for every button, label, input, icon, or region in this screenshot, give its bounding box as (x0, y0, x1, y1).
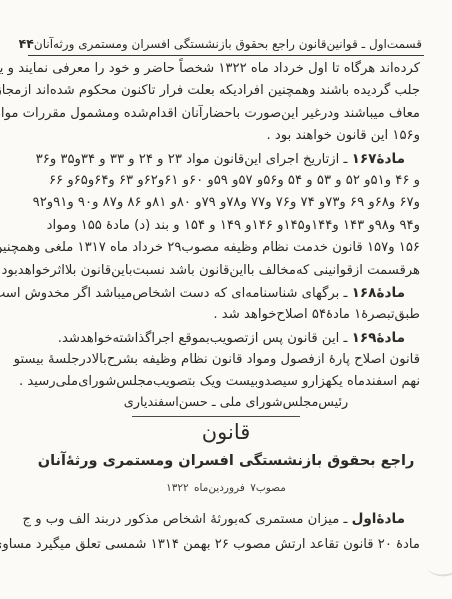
article-167-label: مادهٔ۱۶۷ (352, 151, 405, 167)
header-rule (28, 55, 424, 56)
header-running-title: قانون راجع بحقوق بازنشستگی افسران ومستمر… (34, 37, 327, 51)
body-line: طبق‌تبصرهٔ۱ مادهٔ۵۴ اصلاح‌خواهد شد . (32, 304, 420, 326)
body-line-article-168: مادهٔ۱۶۸ ـ برگهای شناسنامه‌ای که دست اشخ… (32, 282, 420, 304)
body-line: قانون اصلاح پارهٔ ازفصول ومواد قانون نظا… (32, 349, 420, 371)
law-approval-note: مصوب۷ فروردین‌ماه ۱۳۲۲ (0, 482, 452, 494)
article-1-label: مادهٔ‌اول (352, 511, 405, 527)
article-1-text: مادهٔ‌اول ـ میزان مستمری که‌بورثهٔ اشخاص… (32, 507, 420, 557)
body-line-article-169: مادهٔ۱۶۹ ـ این قانون پس ازتصویب‌بموقع اج… (32, 327, 420, 349)
signature-line: رئیس‌مجلس‌شورای ملی ـ حسن‌اسفندیاری (10, 395, 452, 410)
body-line-article-167: مادهٔ۱۶۷ ـ ازتاریخ اجرای این‌قانون مواد … (32, 148, 420, 170)
body-line: و۶۷ و۶۸و ۶۹ و۷۳و ۷۴ و۷۶ و۷۷ و۷۸و ۷۹و ۸۰و… (32, 192, 420, 214)
body-line: معاف میباشند ودرغیر این‌صورت باحضارآنان … (32, 103, 420, 125)
body-line: و۱۵۶ این قانون خواهند بود . (32, 125, 420, 147)
body-line: و ۴۶ و۵۱و ۵۲ و ۵۳ و ۵۴ و۵۶و ۵۷و ۵۹و ۶۰و … (32, 170, 420, 192)
body-line: کرده‌اند هرگاه تا اول خرداد ماه ۱۳۲۲ شخص… (32, 58, 420, 80)
body-line: هرقسمت ازقوانینی که‌مخالف بااین‌قانون با… (32, 260, 420, 282)
scan-artifact (424, 544, 452, 580)
body-line: جلب گردیده باشند وهمچنین افرادیکه بعلت ف… (32, 80, 420, 102)
scanned-law-page: قسمت‌اول ـ قوانین قانون راجع بحقوق بازنش… (0, 0, 452, 599)
body-line: و۹۴ و۹۸و ۱۴۳ و۱۴۴و۱۴۵و ۱۴۶و ۱۴۹ و ۱۵۴ و … (32, 215, 420, 237)
law-subtitle: راجع بحقوق بازنشستگی افسران ومستمری ورثه… (0, 453, 452, 469)
header-section-label: قسمت‌اول ـ قوانین (326, 37, 422, 51)
page-number: ۴۴ (19, 36, 34, 51)
article-168-label: مادهٔ۱۶۸ (352, 285, 405, 301)
law-title: قانون (0, 420, 452, 444)
section-divider-rule (132, 416, 300, 417)
running-header: قسمت‌اول ـ قوانین قانون راجع بحقوق بازنش… (30, 36, 422, 51)
article-169-label: مادهٔ۱۶۹ (352, 330, 405, 346)
body-line: ۱۵۶ و۱۵۷ قانون خدمت نظام وظیفه مصوب۲۹ خر… (32, 237, 420, 259)
body-line: نهم اسفندماه یکهزارو سیصدوبیست ویک بتصوی… (32, 371, 420, 393)
body-line: مادهٔ ۲۰ قانون تقاعد ارتش مصوب ۲۶ بهمن ۱… (32, 532, 420, 557)
body-line-article-1: مادهٔ‌اول ـ میزان مستمری که‌بورثهٔ اشخاص… (32, 507, 420, 532)
body-text: کرده‌اند هرگاه تا اول خرداد ماه ۱۳۲۲ شخص… (32, 58, 420, 394)
